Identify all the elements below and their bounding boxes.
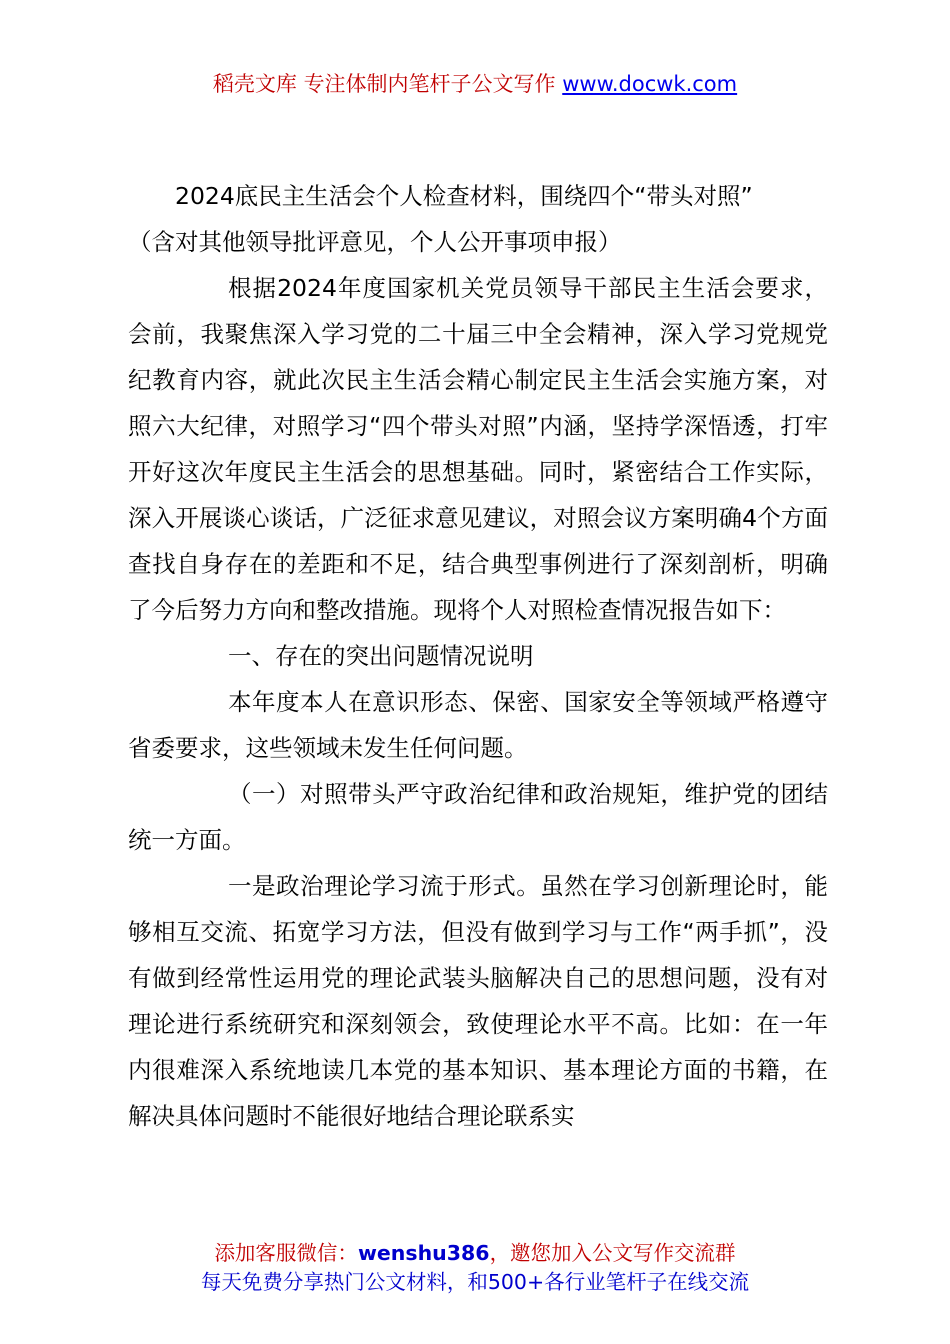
brand-name: 稻壳文库 — [213, 72, 297, 96]
wechat-id: wenshu386 — [358, 1241, 490, 1265]
footer-prefix: 添加客服微信： — [214, 1241, 358, 1265]
brand-tagline: 专注体制内笔杆子公文写作 — [304, 72, 556, 96]
watermark-footer: 添加客服微信：wenshu386，邀您加入公文写作交流群 每天免费分享热门公文材… — [0, 1239, 950, 1297]
document-subtitle: （含对其他领导批评意见，个人公开事项申报） — [128, 219, 828, 265]
document-title: 2024底民主生活会个人检查材料，围绕四个“带头对照” — [128, 173, 828, 219]
subsection-heading: （一）对照带头严守政治纪律和政治规矩，维护党的团结统一方面。 — [128, 771, 828, 863]
footer-wechat-line: 添加客服微信：wenshu386，邀您加入公文写作交流群 — [0, 1239, 950, 1268]
section-heading: 一、存在的突出问题情况说明 — [128, 633, 828, 679]
site-link[interactable]: www.docwk.com — [562, 72, 737, 96]
paragraph: 一是政治理论学习流于形式。虽然在学习创新理论时，能够相互交流、拓宽学习方法，但没… — [128, 863, 828, 1139]
footer-promo-line: 每天免费分享热门公文材料，和500+各行业笔杆子在线交流 — [0, 1268, 950, 1297]
paragraph: 本年度本人在意识形态、保密、国家安全等领域严格遵守省委要求，这些领域未发生任何问… — [128, 679, 828, 771]
document-body: 2024底民主生活会个人检查材料，围绕四个“带头对照” （含对其他领导批评意见，… — [128, 173, 828, 1139]
intro-paragraph: 根据2024年度国家机关党员领导干部民主生活会要求，会前，我聚焦深入学习党的二十… — [128, 265, 828, 633]
footer-suffix: ，邀您加入公文写作交流群 — [490, 1241, 736, 1265]
watermark-header: 稻壳文库 专注体制内笔杆子公文写作 www.docwk.com — [0, 68, 950, 100]
